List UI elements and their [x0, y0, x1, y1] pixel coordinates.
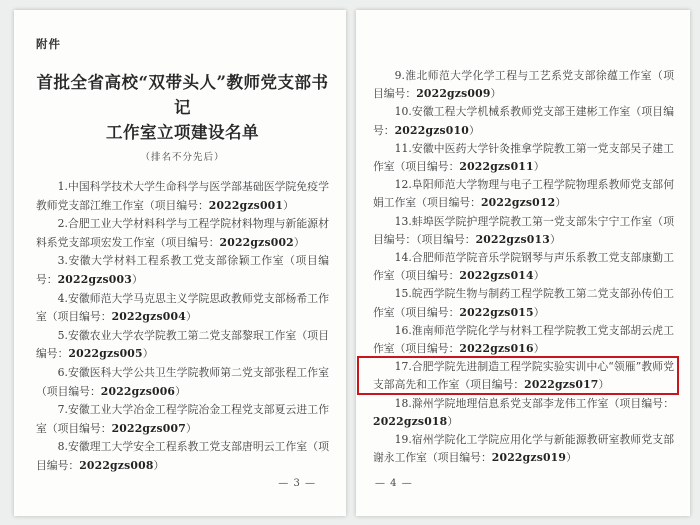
- project-code: 2022gzs015: [459, 306, 533, 319]
- project-code: 2022gzs005: [68, 347, 142, 360]
- project-code: 2022gzs007: [112, 422, 186, 435]
- list-item: 5.安徽农业大学农学院教工第二党支部黎珉工作室（项目编号：2022gzs005）: [36, 327, 329, 364]
- project-code: 2022gzs002: [220, 236, 294, 249]
- page-number-4: — 4 —: [375, 478, 413, 489]
- item-text-close: ）: [599, 378, 610, 391]
- item-text-close: ）: [491, 87, 502, 100]
- project-code: 2022gzs008: [79, 459, 153, 472]
- project-code: 2022gzs017: [524, 378, 598, 391]
- item-text-close: ）: [143, 347, 154, 360]
- project-code: 2022gzs013: [476, 233, 550, 246]
- project-code: 2022gzs011: [459, 160, 533, 173]
- list-item: 13.蚌埠医学院护理学院教工第一党支部朱宁宁工作室（项目编号：（项目编号：202…: [373, 213, 674, 249]
- page-3: 附件 首批全省高校“双带头人”教师党支部书记 工作室立项建设名单 （排名不分先后…: [14, 10, 346, 516]
- project-code: 2022gzs001: [209, 199, 283, 212]
- item-text-close: ）: [555, 196, 566, 209]
- project-code: 2022gzs004: [112, 310, 186, 323]
- project-code: 2022gzs009: [416, 87, 490, 100]
- project-code: 2022gzs006: [101, 385, 175, 398]
- project-code: 2022gzs014: [459, 269, 533, 282]
- project-code: 2022gzs003: [58, 273, 132, 286]
- list-item: 6.安徽医科大学公共卫生学院教师第二党支部张程工作室（项目编号：2022gzs0…: [36, 364, 329, 401]
- list-item: 11.安徽中医药大学针灸推拿学院教工第一党支部吴子建工作室（项目编号：2022g…: [373, 140, 674, 176]
- item-text-close: ）: [154, 459, 165, 472]
- item-text-close: ）: [534, 160, 545, 173]
- doc-title-line1: 首批全省高校“双带头人”教师党支部书记: [36, 70, 329, 120]
- project-code: 2022gzs018: [373, 415, 447, 428]
- project-code: 2022gzs010: [395, 124, 469, 137]
- item-text-close: ）: [566, 451, 577, 464]
- item-list-page-3: 1.中国科学技术大学生命科学与医学部基础医学院免疫学教师党支部江维工作室（项目编…: [36, 178, 329, 476]
- document-scan: 附件 首批全省高校“双带头人”教师党支部书记 工作室立项建设名单 （排名不分先后…: [0, 0, 700, 525]
- item-text-close: ）: [534, 269, 545, 282]
- list-item: 14.合肥师范学院音乐学院钢琴与声乐系教工党支部康勤工作室（项目编号：2022g…: [373, 249, 674, 285]
- project-code: 2022gzs012: [481, 196, 555, 209]
- attachment-label: 附件: [36, 36, 329, 52]
- item-list-page-4: 9.淮北师范大学化学工程与工艺系党支部徐蕴工作室（项目编号：2022gzs009…: [373, 67, 674, 467]
- project-code: 2022gzs016: [459, 342, 533, 355]
- doc-subtitle: （排名不分先后）: [36, 149, 329, 163]
- list-item: 3.安徽大学材料工程系教工党支部徐颖工作室（项目编号：2022gzs003）: [36, 252, 329, 289]
- list-item: 8.安徽理工大学安全工程系教工党支部唐明云工作室（项目编号：2022gzs008…: [36, 438, 329, 475]
- project-code: 2022gzs019: [492, 451, 566, 464]
- list-item: 2.合肥工业大学材料科学与工程学院材料物理与新能源材料系党支部项宏发工作室（项目…: [36, 215, 329, 252]
- item-text-close: ）: [283, 199, 294, 212]
- item-text-close: ）: [469, 124, 480, 137]
- item-text-close: ）: [175, 385, 186, 398]
- list-item: 19.宿州学院化工学院应用化学与新能源教研室教师党支部谢永工作室（项目编号：20…: [373, 431, 674, 467]
- doc-title-line2: 工作室立项建设名单: [36, 120, 329, 145]
- page-number-3: — 3 —: [278, 478, 316, 489]
- item-text-close: ）: [550, 233, 561, 246]
- item-text-close: ）: [534, 342, 545, 355]
- item-text-close: ）: [186, 422, 197, 435]
- list-item: 17.合肥学院先进制造工程学院实验实训中心“领雁”教师党支部高先和工作室（项目编…: [373, 358, 674, 394]
- item-text-close: ）: [534, 306, 545, 319]
- list-item: 18.滁州学院地理信息系党支部李龙伟工作室（项目编号：2022gzs018）: [373, 395, 674, 431]
- list-item: 7.安徽工业大学冶金工程学院冶金工程党支部夏云进工作室（项目编号：2022gzs…: [36, 401, 329, 438]
- list-item: 12.阜阳师范大学物理与电子工程学院物理系教师党支部何娟工作室（项目编号：202…: [373, 176, 674, 212]
- list-item: 4.安徽师范大学马克思主义学院思政教师党支部杨希工作室（项目编号：2022gzs…: [36, 290, 329, 327]
- list-item: 15.皖西学院生物与制药工程学院教工第二党支部孙传伯工作室（项目编号：2022g…: [373, 285, 674, 321]
- list-item: 16.淮南师范学院化学与材料工程学院教工党支部胡云虎工作室（项目编号：2022g…: [373, 322, 674, 358]
- item-text: 18.滁州学院地理信息系党支部李龙伟工作室（项目编号：: [395, 397, 674, 410]
- item-text-close: ）: [132, 273, 143, 286]
- list-item: 9.淮北师范大学化学工程与工艺系党支部徐蕴工作室（项目编号：2022gzs009…: [373, 67, 674, 103]
- list-item: 1.中国科学技术大学生命科学与医学部基础医学院免疫学教师党支部江维工作室（项目编…: [36, 178, 329, 215]
- list-item: 10.安徽工程大学机械系教师党支部王建彬工作室（项目编号：2022gzs010）: [373, 103, 674, 139]
- item-text-close: ）: [186, 310, 197, 323]
- page-4: 9.淮北师范大学化学工程与工艺系党支部徐蕴工作室（项目编号：2022gzs009…: [356, 10, 690, 516]
- item-text-close: ）: [447, 415, 458, 428]
- item-text-close: ）: [294, 236, 305, 249]
